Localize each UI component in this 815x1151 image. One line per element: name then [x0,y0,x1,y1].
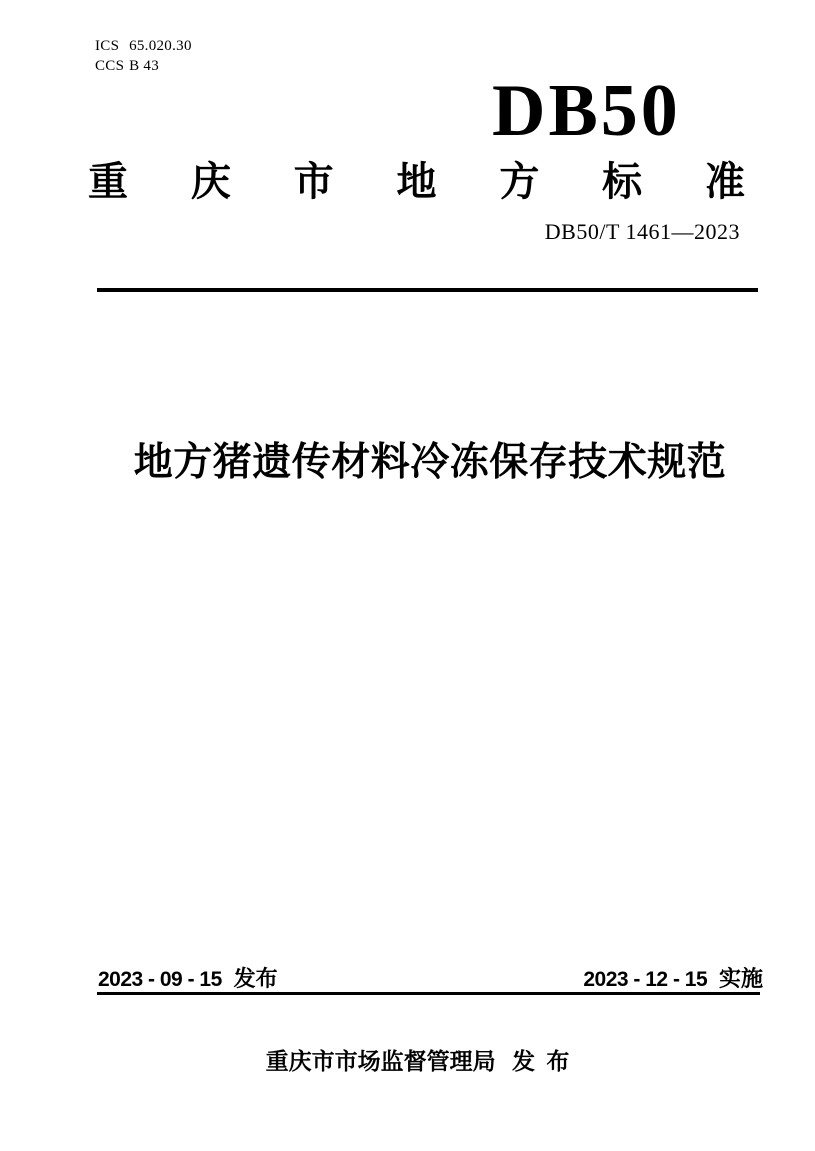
publisher-name: 重庆市市场监督管理局 [266,1048,496,1074]
standard-type-char: 市 [294,160,334,204]
issue-date: 2023 - 09 - 15 [98,968,222,991]
issue-label: 发布 [234,966,278,991]
publish-action-label: 发 布 [512,1048,569,1074]
standard-type-char: 方 [499,160,539,204]
header-divider-rule [97,288,758,292]
standard-type-char: 地 [396,160,436,204]
document-number: DB50/T 1461—2023 [545,220,740,244]
ccs-label: CCS [95,56,125,76]
implementation-date-line: 2023 - 12 - 15 实施 [583,966,763,992]
standard-type-char: 庆 [191,160,231,204]
issue-date-line: 2023 - 09 - 15 发布 [98,966,278,992]
document-title: 地方猪遗传材料冷冻保存技术规范 [45,441,815,486]
ccs-value: B 43 [129,58,159,74]
standard-type-char: 重 [88,160,128,204]
ccs-code-line: CCS B 43 [95,56,192,76]
standard-type-heading: 重庆市地方标准 [88,160,745,204]
footer-divider-rule [97,992,760,995]
standard-type-char: 标 [602,160,642,204]
publisher-line: 重庆市市场监督管理局 发 布 [20,1048,815,1076]
implementation-label: 实施 [719,966,763,991]
standard-cover-page: ICS 65.020.30 CCS B 43 DB50 重庆市地方标准 DB50… [0,0,815,1151]
ics-code-line: ICS 65.020.30 [95,36,192,56]
db50-logo: DB50 [492,74,681,148]
implementation-date: 2023 - 12 - 15 [583,968,707,991]
ics-label: ICS [95,36,125,56]
ics-value: 65.020.30 [129,38,192,54]
classification-codes: ICS 65.020.30 CCS B 43 [95,36,192,76]
standard-type-char: 准 [705,160,745,204]
